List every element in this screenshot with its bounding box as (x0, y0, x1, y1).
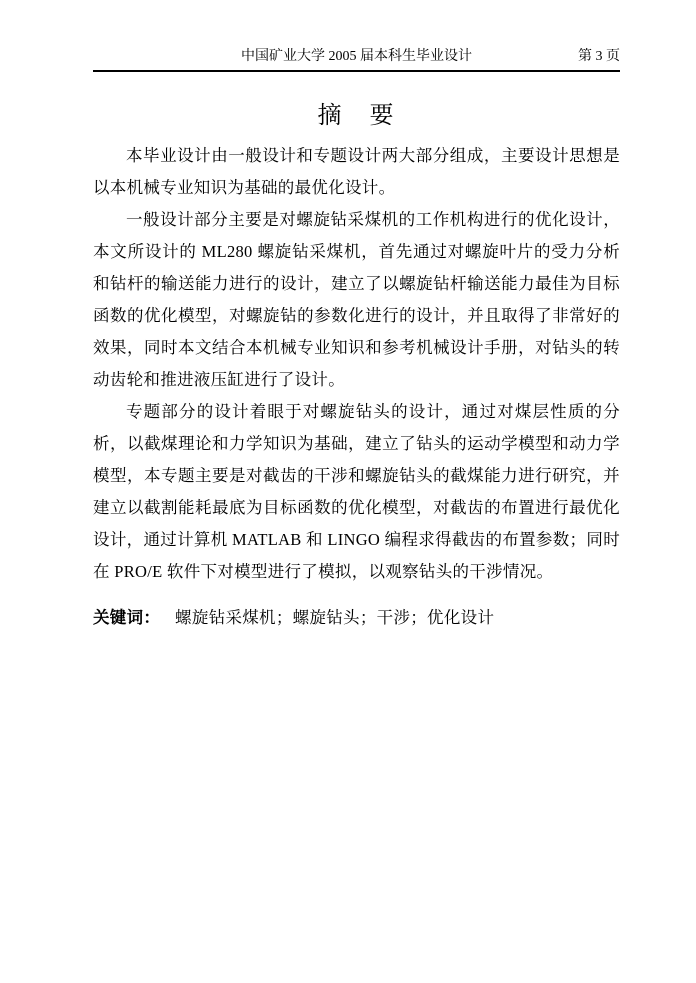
page-header: 中国矿业大学 2005 届本科生毕业设计 第 3 页 (93, 0, 620, 72)
document-page: 中国矿业大学 2005 届本科生毕业设计 第 3 页 摘 要 本毕业设计由一般设… (0, 0, 696, 983)
abstract-paragraph-2: 一般设计部分主要是对螺旋钻采煤机的工作机构进行的优化设计，本文所设计的 ML28… (93, 204, 620, 396)
keywords-text: 螺旋钻采煤机；螺旋钻头；干涉；优化设计 (175, 608, 494, 627)
header-title: 中国矿业大学 2005 届本科生毕业设计 (93, 48, 620, 66)
keywords-label: 关键词： (93, 608, 160, 627)
abstract-title: 摘 要 (93, 100, 620, 132)
page-number: 第 3 页 (572, 48, 620, 66)
abstract-paragraph-3: 专题部分的设计着眼于对螺旋钻头的设计，通过对煤层性质的分析，以截煤理论和力学知识… (93, 396, 620, 588)
abstract-section: 摘 要 本毕业设计由一般设计和专题设计两大部分组成，主要设计思想是以本机械专业知… (93, 72, 620, 634)
abstract-paragraph-1: 本毕业设计由一般设计和专题设计两大部分组成，主要设计思想是以本机械专业知识为基础… (93, 140, 620, 204)
keywords-line: 关键词：螺旋钻采煤机；螺旋钻头；干涉；优化设计 (93, 602, 620, 634)
